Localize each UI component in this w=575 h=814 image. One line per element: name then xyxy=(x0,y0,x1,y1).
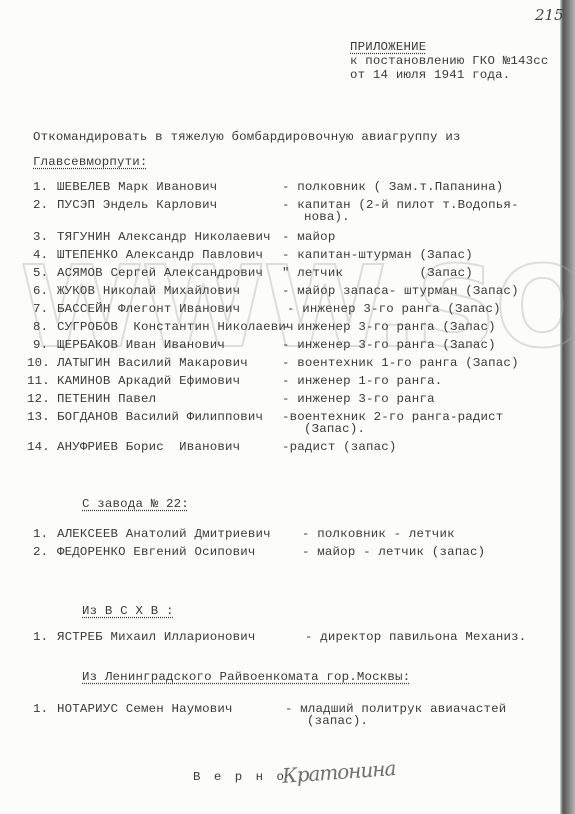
entry-name: ЩЕРБАКОВ Иван Иванович xyxy=(57,338,225,352)
entry-name: ТЯГУНИН Александр Николаевич xyxy=(57,230,271,244)
entry-name: БОГДАНОВ Василий Филиппович xyxy=(57,410,263,424)
entry-number: 2. xyxy=(33,545,48,559)
entry-name: ШТЕПЕНКО Александр Павлович xyxy=(57,248,263,262)
section-heading: Главсевморпути: xyxy=(33,155,148,169)
entry-role: - инженер 3-го ранга xyxy=(282,392,435,406)
entry-role-continued: (Запас). xyxy=(304,422,365,436)
entry-role: - воентехник 1-го ранга (Запас) xyxy=(282,356,519,370)
entry-number: 1. xyxy=(33,527,48,541)
entry-role-continued: (запас). xyxy=(307,714,368,728)
section-heading: Из Ленинградского Райвоенкомата гор.Моск… xyxy=(82,670,410,684)
entry-number: 11. xyxy=(27,374,50,388)
entry-number: 3. xyxy=(33,230,48,244)
entry-name: ЯСТРЕБ Михаил Илларионович xyxy=(57,630,256,644)
entry-number: 5. xyxy=(33,266,48,280)
entry-role: - инженер 1-го ранга. xyxy=(282,374,442,388)
entry-role: - инженер 3-го ранга (Запас) xyxy=(282,338,496,352)
entry-name: ЖУКОВ Николай Михайлович xyxy=(57,284,240,298)
entry-name: ФЕДОРЕНКО Евгений Осипович xyxy=(57,545,256,559)
entry-role: - капитан-штурман (Запас) xyxy=(282,248,473,262)
intro-text: Откомандировать в тяжелую бомбардировочн… xyxy=(33,130,461,144)
entry-number: 2. xyxy=(33,198,48,212)
entry-role: -радист (запас) xyxy=(282,440,397,454)
document-page xyxy=(0,0,560,814)
entry-name: АНУФРИЕВ Борис Иванович xyxy=(57,440,240,454)
entry-role: - инженер 3-го ранга (Запас) xyxy=(282,320,496,334)
entry-number: 1. xyxy=(33,702,48,716)
entry-role: - майор xyxy=(282,230,335,244)
entry-name: СУГРОБОВ Константин Николаевич xyxy=(57,320,294,334)
section-heading: Из В С Х В : xyxy=(82,604,174,618)
decree-reference: к постановлению ГКО №143сс xyxy=(350,54,549,68)
entry-number: 4. xyxy=(33,248,48,262)
entry-role: " летчик (Запас) xyxy=(282,266,473,280)
entry-number: 13. xyxy=(27,410,50,424)
decree-date: от 14 июля 1941 года. xyxy=(350,68,510,82)
entry-name: ПЕТЕНИН Павел xyxy=(57,392,156,406)
entry-name: НОТАРИУС Семен Наумович xyxy=(57,702,233,716)
page-number: 215 xyxy=(535,6,564,24)
entry-name: АСЯМОВ Сергей Александрович xyxy=(57,266,263,280)
entry-role: - полковник ( Зам.т.Папанина) xyxy=(282,180,503,194)
entry-number: 14. xyxy=(27,440,50,454)
entry-number: 7. xyxy=(33,302,48,316)
entry-name: ШЕВЕЛЕВ Марк Иванович xyxy=(57,180,217,194)
section-heading: С завода № 22: xyxy=(82,497,189,511)
entry-name: ЛАТЫГИН Василий Макарович xyxy=(57,356,248,370)
entry-number: 12. xyxy=(27,392,50,406)
entry-name: КАМИНОВ Аркадий Ефимович xyxy=(57,374,240,388)
entry-number: 8. xyxy=(33,320,48,334)
entry-role: - майор - летчик (запас) xyxy=(302,545,485,559)
entry-name: БАССЕЙН Флегонт Иванович xyxy=(57,302,240,316)
entry-number: 6. xyxy=(33,284,48,298)
entry-role: - инженер 3-го ранга (Запас) xyxy=(287,302,501,316)
entry-role: - полковник - летчик xyxy=(302,527,455,541)
entry-name: ПУСЭП Эндель Карлович xyxy=(57,198,217,212)
entry-name: АЛЕКСЕЕВ Анатолий Дмитриевич xyxy=(57,527,271,541)
entry-role-continued: нова). xyxy=(304,210,350,224)
entry-number: 1. xyxy=(33,180,48,194)
appendix-title: ПРИЛОЖЕНИЕ xyxy=(350,40,426,54)
entry-number: 10. xyxy=(27,356,50,370)
entry-number: 1. xyxy=(33,630,48,644)
scan-edge xyxy=(560,0,575,814)
entry-role: - директор павильона Механиз. xyxy=(305,630,526,644)
entry-number: 9. xyxy=(33,338,48,352)
entry-role: - майор запаса- штурман (Запас) xyxy=(282,284,519,298)
